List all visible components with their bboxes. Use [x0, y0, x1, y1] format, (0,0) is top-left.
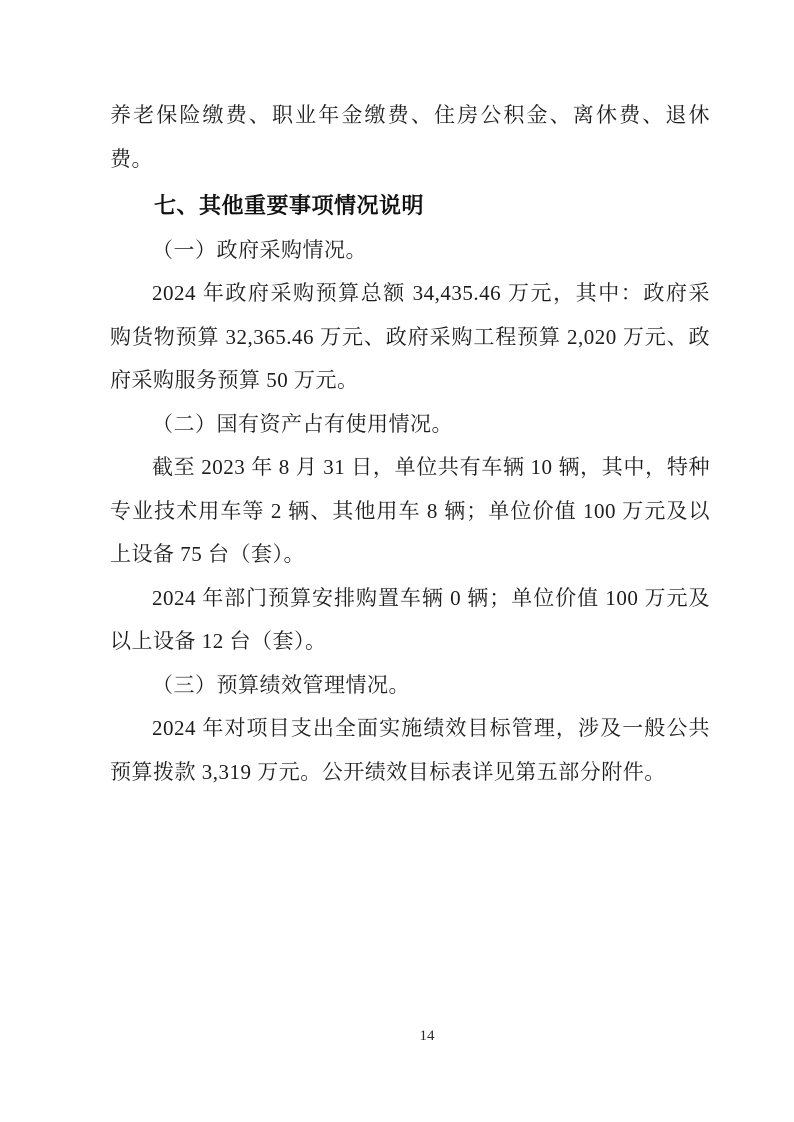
subsection-heading-3: （三）预算绩效管理情况。	[110, 664, 710, 708]
paragraph: 截至 2023 年 8 月 31 日，单位共有车辆 10 辆，其中，特种专业技术…	[110, 446, 710, 577]
section-heading: 七、其他重要事项情况说明	[110, 184, 710, 228]
subsection-heading-2: （二）国有资产占有使用情况。	[110, 403, 710, 447]
page-content: 养老保险缴费、职业年金缴费、住房公积金、离休费、退休费。 七、其他重要事项情况说…	[110, 94, 710, 794]
paragraph: 2024 年政府采购预算总额 34,435.46 万元，其中：政府采购货物预算 …	[110, 272, 710, 403]
paragraph: 2024 年对项目支出全面实施绩效目标管理，涉及一般公共预算拨款 3,319 万…	[110, 707, 710, 794]
paragraph-continuation: 养老保险缴费、职业年金缴费、住房公积金、离休费、退休费。	[110, 94, 710, 181]
paragraph: 2024 年部门预算安排购置车辆 0 辆；单位价值 100 万元及以上设备 12…	[110, 577, 710, 664]
subsection-heading-1: （一）政府采购情况。	[110, 229, 710, 273]
document-page: 养老保险缴费、职业年金缴费、住房公积金、离休费、退休费。 七、其他重要事项情况说…	[0, 0, 794, 1122]
page-number: 14	[110, 1026, 710, 1046]
